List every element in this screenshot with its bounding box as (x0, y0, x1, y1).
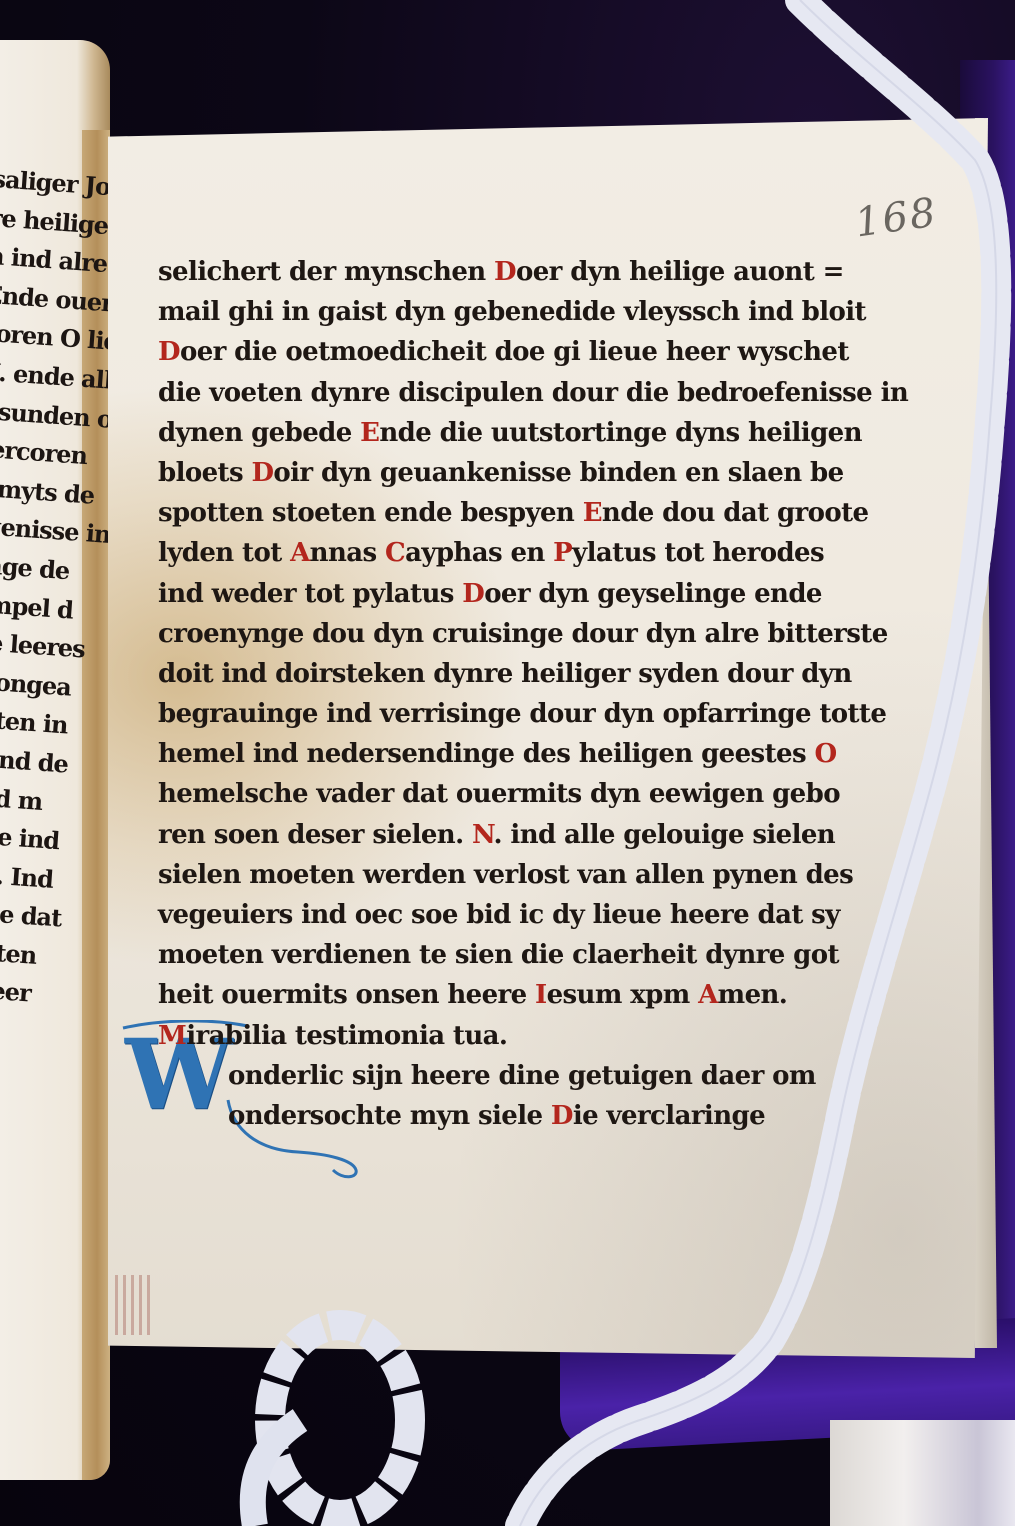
rubricated-initial: C (385, 538, 405, 568)
line-text: lyden tot (158, 538, 290, 568)
line-text: bloets (158, 458, 251, 488)
rubricated-initial: E (583, 498, 602, 528)
left-page: saliger Jonstre heiliger en ind alre cEn… (0, 40, 110, 1480)
left-page-line: coren O lie (0, 314, 75, 359)
line-text: ylatus tot herodes (572, 538, 824, 568)
left-page-line: en heer (0, 968, 29, 1013)
manuscript-line: spotten stoeten ende bespyen Ende dou da… (158, 493, 858, 533)
manuscript-line: ind weder tot pylatus Doer dyn geyseling… (158, 574, 858, 614)
rubricated-initial: N (472, 820, 494, 850)
manuscript-line: ondersochte myn siele Die verclaringe (158, 1096, 858, 1136)
rubricated-initial: D (158, 337, 180, 367)
manuscript-line: onderlic sijn heere dine getuigen daer o… (158, 1056, 858, 1096)
left-page-line: ringe de (0, 545, 59, 590)
left-page-line: ermyts de (0, 468, 64, 513)
rubricated-initial: D (494, 257, 516, 287)
left-page-line: heire ind (0, 814, 40, 859)
line-text: selichert der mynschen (158, 257, 494, 287)
rubricated-initial: I (535, 980, 547, 1010)
line-text: . ind alle gelouige sielen (494, 820, 836, 850)
left-page-text: saliger Jonstre heiliger en ind alre cEn… (0, 160, 86, 1013)
manuscript-line: die voeten dynre discipulen dour die bed… (158, 373, 858, 413)
manuscript-line: hemelsche vader dat ouermits dyn eewigen… (158, 774, 858, 814)
rubricated-initial: E (360, 418, 379, 448)
manuscript-line: doit ind doirsteken dynre heiliger syden… (158, 654, 858, 694)
left-page-line: n ind alre c (0, 237, 80, 282)
manuscript-line: mail ghi in gaist dyn gebenedide vleyssc… (158, 292, 858, 332)
left-page-line: re heiliger e (0, 198, 83, 243)
line-text: ayphas en (405, 538, 553, 568)
line-text: nnas (310, 538, 385, 568)
manuscript-line: lyden tot Annas Cayphas en Pylatus tot h… (158, 533, 858, 573)
manuscript-line: Mirabilia testimonia tua. (158, 1016, 858, 1056)
left-page-line: tempel d (0, 583, 56, 628)
rubricated-initial: M (158, 1021, 186, 1051)
line-text: heit ouermits onsen heere (158, 980, 535, 1010)
line-text: irabilia testimonia tua. (186, 1021, 507, 1051)
left-page-line: Die leeres (0, 622, 53, 667)
left-page-line: x ind m (0, 776, 43, 821)
line-text: oir dyn geuankenisse binden en slaen be (273, 458, 843, 488)
rubricated-initial: O (814, 739, 836, 769)
left-page-line: ngenisse in (0, 506, 62, 551)
left-page-line: N. ende alle (0, 352, 72, 397)
line-text: ind weder tot pylatus (158, 579, 462, 609)
line-text: hemelsche vader dat ouermits dyn eewigen… (158, 779, 840, 809)
rubricated-initial: P (553, 538, 572, 568)
rubricated-initial: A (290, 538, 310, 568)
left-page-line: ge ongea (0, 660, 51, 705)
line-text: esum xpm (547, 980, 699, 1010)
line-text: dynen gebede (158, 418, 360, 448)
manuscript-line: Doer die oetmoedicheit doe gi lieue heer… (158, 332, 858, 372)
manuscript-line: croenynge dou dyn cruisinge dour dyn alr… (158, 614, 858, 654)
manuscript-line: vegeuiers ind oec soe bid ic dy lieue he… (158, 895, 858, 935)
manuscript-line: moeten verdienen te sien die claerheit d… (158, 935, 858, 975)
line-text: oer die oetmoedicheit doe gi lieue heer … (180, 337, 849, 367)
line-text: onderlic sijn heere dine getuigen daer o… (228, 1061, 816, 1091)
manuscript-line: ren soen deser sielen. N. ind alle gelou… (158, 815, 858, 855)
left-page-line: e totten (0, 930, 32, 975)
line-text: sielen moeten werden verlost van allen p… (158, 860, 853, 890)
left-page-line: ir alle dat (0, 891, 35, 936)
left-page-line: e sunden o (0, 391, 70, 436)
manuscript-line: dynen gebede Ende die uutstortinge dyns … (158, 413, 858, 453)
line-text: nde die uutstortinge dyns heiligen (379, 418, 862, 448)
manuscript-text-block: selichert der mynschen Doer dyn heilige … (158, 252, 858, 1136)
left-page-line: bert. Ind (0, 853, 37, 898)
left-page-line: vasten in (0, 699, 48, 744)
line-text: nde dou dat groote (602, 498, 869, 528)
line-text: doit ind doirsteken dynre heiliger syden… (158, 659, 852, 689)
left-page-line: Ende ouerm (0, 275, 78, 320)
line-text: ondersochte myn siele (228, 1101, 551, 1131)
line-text: begrauinge ind verrisinge dour dyn opfar… (158, 699, 886, 729)
left-page-line: uercoren (0, 429, 67, 474)
line-text: men. (718, 980, 788, 1010)
rubricated-initial: D (251, 458, 273, 488)
left-page-line: saliger Jonst (0, 160, 86, 205)
line-text: moeten verdienen te sien die claerheit d… (158, 940, 839, 970)
line-text: mail ghi in gaist dyn gebenedide vleyssc… (158, 297, 866, 327)
manuscript-line: hemel ind nedersendinge des heiligen gee… (158, 734, 858, 774)
line-text: ie verclaringe (573, 1101, 765, 1131)
manuscript-line: selichert der mynschen Doer dyn heilige … (158, 252, 858, 292)
line-text: oer dyn heilige auont = (516, 257, 844, 287)
margin-stain (115, 1275, 155, 1335)
line-text: hemel ind nedersendinge des heiligen gee… (158, 739, 814, 769)
manuscript-line: begrauinge ind verrisinge dour dyn opfar… (158, 694, 858, 734)
rubricated-initial: A (698, 980, 718, 1010)
line-text: croenynge dou dyn cruisinge dour dyn alr… (158, 619, 888, 649)
line-text: spotten stoeten ende bespyen (158, 498, 583, 528)
line-text: die voeten dynre discipulen dour die bed… (158, 378, 908, 408)
manuscript-line: bloets Doir dyn geuankenisse binden en s… (158, 453, 858, 493)
line-text: vegeuiers ind oec soe bid ic dy lieue he… (158, 900, 840, 930)
left-page-line: en ind de (0, 737, 45, 782)
manuscript-line: heit ouermits onsen heere Iesum xpm Amen… (158, 975, 858, 1015)
manuscript-line: sielen moeten werden verlost van allen p… (158, 855, 858, 895)
rubricated-initial: D (551, 1101, 573, 1131)
rubricated-initial: D (462, 579, 484, 609)
table-surface (830, 1420, 1015, 1526)
line-text: ren soen deser sielen. (158, 820, 472, 850)
line-text: oer dyn geyselinge ende (484, 579, 822, 609)
